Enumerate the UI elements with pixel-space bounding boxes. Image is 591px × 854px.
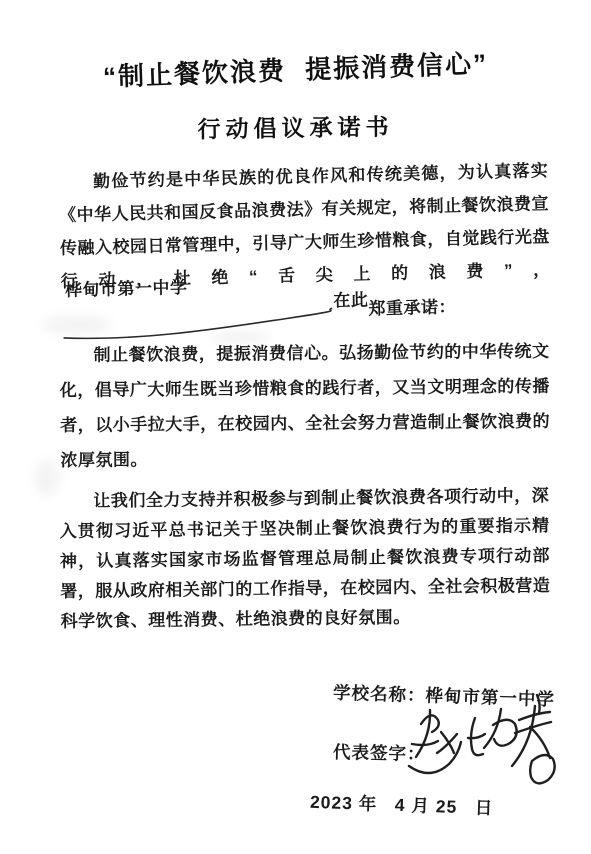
- paragraph-indent: [58, 187, 92, 188]
- document-title-line1: “制止餐饮浪费 提振消费信心”: [0, 40, 591, 98]
- pledge-paragraph-commitment: 制止餐饮浪费，提振消费信心。弘扬勤俭节约的中华传统文化，倡导广大师生既当珍惜粮食…: [59, 334, 550, 478]
- scan-smudge: [212, 330, 270, 345]
- scanned-pledge-document: “制止餐饮浪费 提振消费信心” 行动倡议承诺书 勤俭节约是中华民族的优良作风和传…: [0, 0, 591, 854]
- paragraph1-after-blank: 在此: [333, 290, 368, 310]
- pledge-paragraph-intro: 勤俭节约是中华民族的优良作风和传统美德，为认真落实《中华人民共和国反食品浪费法》…: [58, 154, 552, 333]
- paragraph1-closing: 郑重承诺：: [368, 297, 456, 318]
- school-name-fill: 桦甸市第一中学: [65, 271, 188, 307]
- paragraph2-text: 制止餐饮浪费，提振消费信心。弘扬勤俭节约的中华传统文化，倡导广大师生既当珍惜粮食…: [60, 342, 550, 470]
- document-title-line2: 行动倡议承诺书: [0, 106, 591, 147]
- pledge-paragraph-action: 让我们全力支持并积极参与到制止餐饮浪费各项行动中，深入贯彻习近平总书记关于坚决制…: [59, 481, 551, 637]
- scan-smudge: [42, 315, 112, 335]
- scan-smudge: [34, 460, 60, 496]
- paragraph3-text: 让我们全力支持并积极参与到制止餐饮浪费各项行动中，深入贯彻习近平总书记关于坚决制…: [60, 486, 551, 631]
- handwritten-signature: [405, 692, 565, 796]
- date-line: 2023 年 4 月 25 日: [310, 789, 494, 820]
